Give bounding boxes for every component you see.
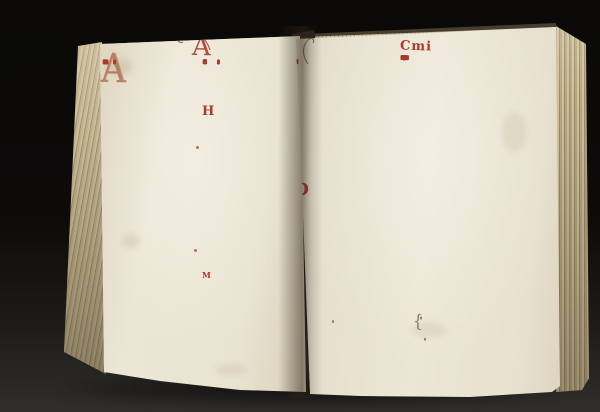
parchment-sheen [292,22,592,402]
left-page-column-2 [204,60,300,62]
red-initial-stroke [424,338,426,341]
left-page-annotation [108,329,258,332]
right-page: Cmi D { [292,22,592,402]
right-page-annotation-right: { [420,317,530,320]
lombard-initial-m: M [202,271,211,279]
large-initial-a: A [101,49,126,90]
red-margin-mark [196,146,199,149]
lombard-initial-h: H [202,105,214,118]
red-initial-stroke [217,60,220,65]
red-initial-stroke [406,56,409,61]
left-page: A A H M [96,34,314,398]
red-initial-stroke [203,60,206,65]
red-initial-stroke [113,60,116,65]
manuscript-photograph: A A H M Cmi D { [0,0,600,412]
right-page-column-2 [402,56,528,60]
right-page-annotation-bottom [424,338,524,341]
parchment-stain [216,364,246,376]
parchment-stain [122,234,140,248]
left-fore-edge-pages [58,38,108,378]
cadel-flourish [298,36,318,66]
red-initial-stroke [402,55,405,60]
red-margin-mark [194,249,197,252]
penwork-flourish [174,28,214,54]
chapter-heading: Cmi [400,39,432,53]
red-initial-stroke [332,320,334,323]
annotation-bracket: { [413,313,424,331]
right-page-annotation-left [332,320,412,322]
red-initial-stroke [104,60,107,65]
interlinear-note [530,201,560,202]
parchment-stain [502,112,526,152]
parchment-sheen [96,34,314,398]
